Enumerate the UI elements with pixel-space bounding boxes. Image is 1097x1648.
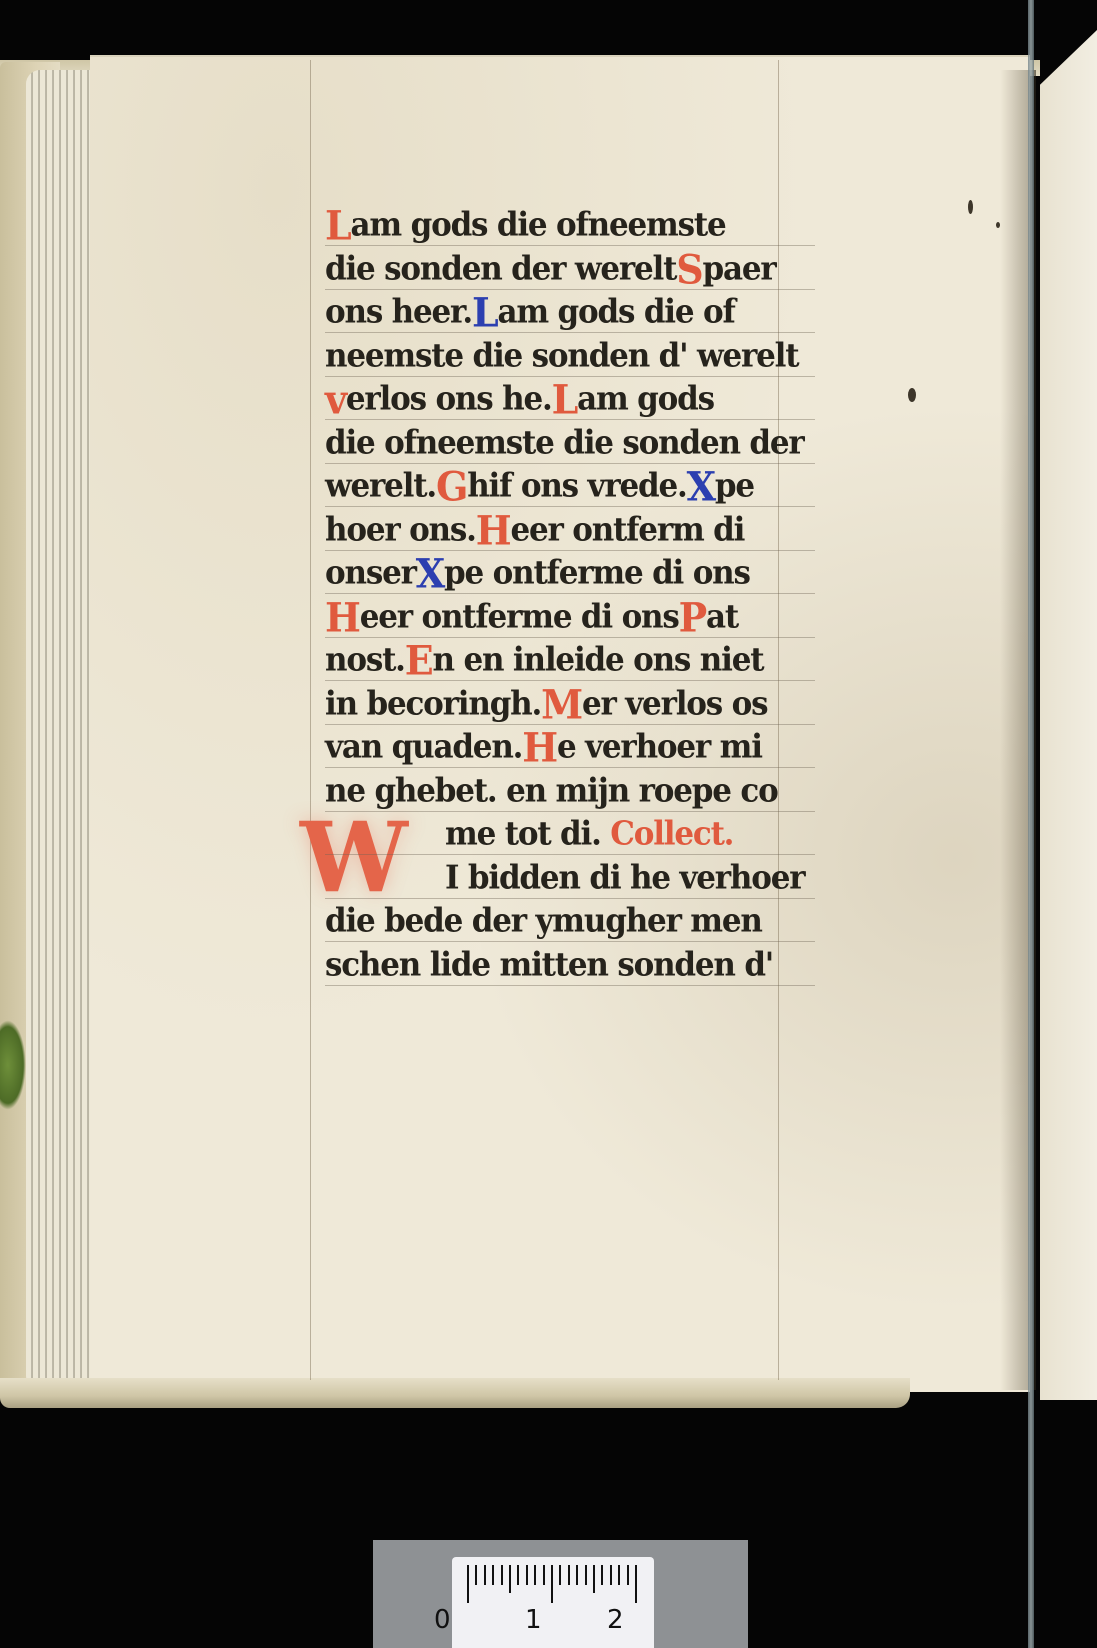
initial-letter: H	[522, 728, 557, 768]
initial-letter: H	[476, 511, 511, 551]
line-text: in becoringh.	[325, 685, 541, 723]
glass-plate-edge	[1028, 0, 1034, 1648]
ruling-line	[325, 767, 815, 768]
manuscript-line: onser Xpe ontferme di ons	[325, 551, 845, 597]
ruling-left	[310, 60, 311, 1380]
ruling-line	[325, 593, 815, 594]
scale-tick	[618, 1565, 620, 1585]
scale-tick	[627, 1565, 629, 1585]
ruling-line	[325, 419, 815, 420]
line-text: nost.	[325, 641, 405, 679]
scale-tick	[501, 1565, 503, 1585]
manuscript-line: Heer ontferme di ons Pat	[325, 594, 845, 640]
scale-ticks	[467, 1565, 642, 1605]
initial-letter: L	[552, 380, 578, 420]
scale-tick	[568, 1565, 570, 1585]
line-text: am gods die of	[497, 293, 734, 331]
line-text: neemste die sonden d' werelt	[325, 337, 798, 375]
measuring-scale: 0 1 2	[452, 1557, 654, 1648]
scale-tick	[593, 1565, 595, 1593]
manuscript-line: werelt. Ghif ons vrede. Xpe	[325, 464, 845, 510]
ruling-line	[325, 898, 815, 899]
facing-page	[1040, 30, 1097, 1400]
initial-letter: H	[325, 598, 360, 638]
manuscript-text: Lam gods die ofneemstedie sonden der wer…	[325, 204, 845, 987]
line-text: pe ontferme di ons	[444, 554, 750, 592]
moss-fragment	[0, 1020, 26, 1110]
line-text: onser	[325, 554, 416, 592]
line-text: paer	[703, 250, 776, 288]
initial-letter: L	[325, 206, 351, 246]
manuscript-line: die bede der ymugher men	[325, 899, 845, 945]
line-text: werelt.	[325, 467, 436, 505]
initial-letter: G	[436, 467, 467, 507]
line-text: hoer ons.	[325, 511, 476, 549]
ruling-line	[325, 854, 815, 855]
line-text: me tot di.	[445, 815, 601, 853]
ruling-line	[325, 680, 815, 681]
scale-label-2: 2	[607, 1605, 624, 1635]
scale-tick	[551, 1565, 553, 1603]
initial-letter: X	[416, 554, 444, 594]
manuscript-line: me tot di. Collect.	[325, 812, 845, 858]
rubric-heading: Collect.	[601, 815, 734, 853]
line-text: n en inleide ons niet	[433, 641, 764, 679]
ink-stain	[968, 200, 973, 214]
scale-tick	[610, 1565, 612, 1585]
manuscript-line: van quaden. He verhoer mi	[325, 725, 845, 771]
scale-tick	[509, 1565, 511, 1593]
ruling-line	[325, 811, 815, 812]
manuscript-line: hoer ons. Heer ontferm di	[325, 507, 845, 553]
line-text: am gods	[577, 380, 714, 418]
scale-tick	[534, 1565, 536, 1585]
manuscript-line: die ofneemste die sonden der	[325, 420, 845, 466]
line-text: pe	[715, 467, 754, 505]
line-text: eer ontferme di ons	[360, 598, 679, 636]
scale-tick	[576, 1565, 578, 1585]
scale-tick	[559, 1565, 561, 1585]
ruling-line	[325, 289, 815, 290]
scale-tick	[585, 1565, 587, 1585]
manuscript-line: ons heer. Lam gods die of	[325, 290, 845, 336]
initial-letter: L	[472, 293, 498, 333]
manuscript-line: schen lide mitten sonden d'	[325, 942, 845, 988]
page-stack	[26, 70, 96, 1390]
ruling-line	[325, 724, 815, 725]
scale-tick	[467, 1565, 469, 1603]
scale-tick	[475, 1565, 477, 1585]
initial-letter: v	[325, 380, 346, 420]
scale-tick	[492, 1565, 494, 1585]
ruling-line	[325, 245, 815, 246]
manuscript-line: nost. En en inleide ons niet	[325, 638, 845, 684]
ruling-line	[325, 332, 815, 333]
manuscript-line: die sonden der werelt Spaer	[325, 246, 845, 292]
scale-tick	[526, 1565, 528, 1585]
manuscript-line: I bidden di he verhoer	[325, 855, 845, 901]
ruling-line	[325, 376, 815, 377]
ruling-line	[325, 941, 815, 942]
line-text: ne ghebet. en mijn roepe co	[325, 772, 778, 810]
ink-stain	[996, 222, 1000, 228]
line-text: er verlos os	[582, 685, 767, 723]
line-text: at	[706, 598, 738, 636]
ruling-line	[325, 506, 815, 507]
manuscript-line: verlos ons he. Lam gods	[325, 377, 845, 423]
book-cover-bottom	[0, 1378, 910, 1408]
ruling-line	[325, 637, 815, 638]
ruling-line	[325, 550, 815, 551]
line-text: hif ons vrede.	[467, 467, 686, 505]
scale-tick	[635, 1565, 637, 1603]
line-text: die sonden der werelt	[325, 250, 676, 288]
line-text: eer ontferm di	[510, 511, 744, 549]
scale-tick	[543, 1565, 545, 1585]
ink-stain	[908, 388, 916, 402]
manuscript-line: Lam gods die ofneemste	[325, 203, 845, 249]
initial-letter: E	[405, 641, 433, 681]
ruling-line	[325, 985, 815, 986]
initial-letter: M	[541, 685, 582, 725]
ruling-line	[325, 463, 815, 464]
manuscript-line: neemste die sonden d' werelt	[325, 333, 845, 379]
scale-tick	[601, 1565, 603, 1585]
manuscript-line: ne ghebet. en mijn roepe co	[325, 768, 845, 814]
line-text: ons heer.	[325, 293, 472, 331]
manuscript-line: in becoringh. Mer verlos os	[325, 681, 845, 727]
line-text: van quaden.	[325, 728, 522, 766]
scale-label-1: 1	[525, 1605, 542, 1635]
line-text: die ofneemste die sonden der	[325, 424, 804, 462]
line-text: erlos ons he.	[346, 380, 552, 418]
line-text: am gods die ofneemste	[351, 206, 726, 244]
scale-tick	[484, 1565, 486, 1585]
initial-letter: S	[676, 250, 702, 290]
line-text: schen lide mitten sonden d'	[325, 946, 773, 984]
line-text: I bidden di he verhoer	[445, 859, 804, 897]
line-text: e verhoer mi	[557, 728, 762, 766]
initial-letter: X	[687, 467, 715, 507]
scale-tick	[517, 1565, 519, 1585]
line-text: die bede der ymugher men	[325, 902, 762, 940]
initial-letter: P	[679, 598, 706, 638]
scale-label-0: 0	[434, 1605, 451, 1635]
